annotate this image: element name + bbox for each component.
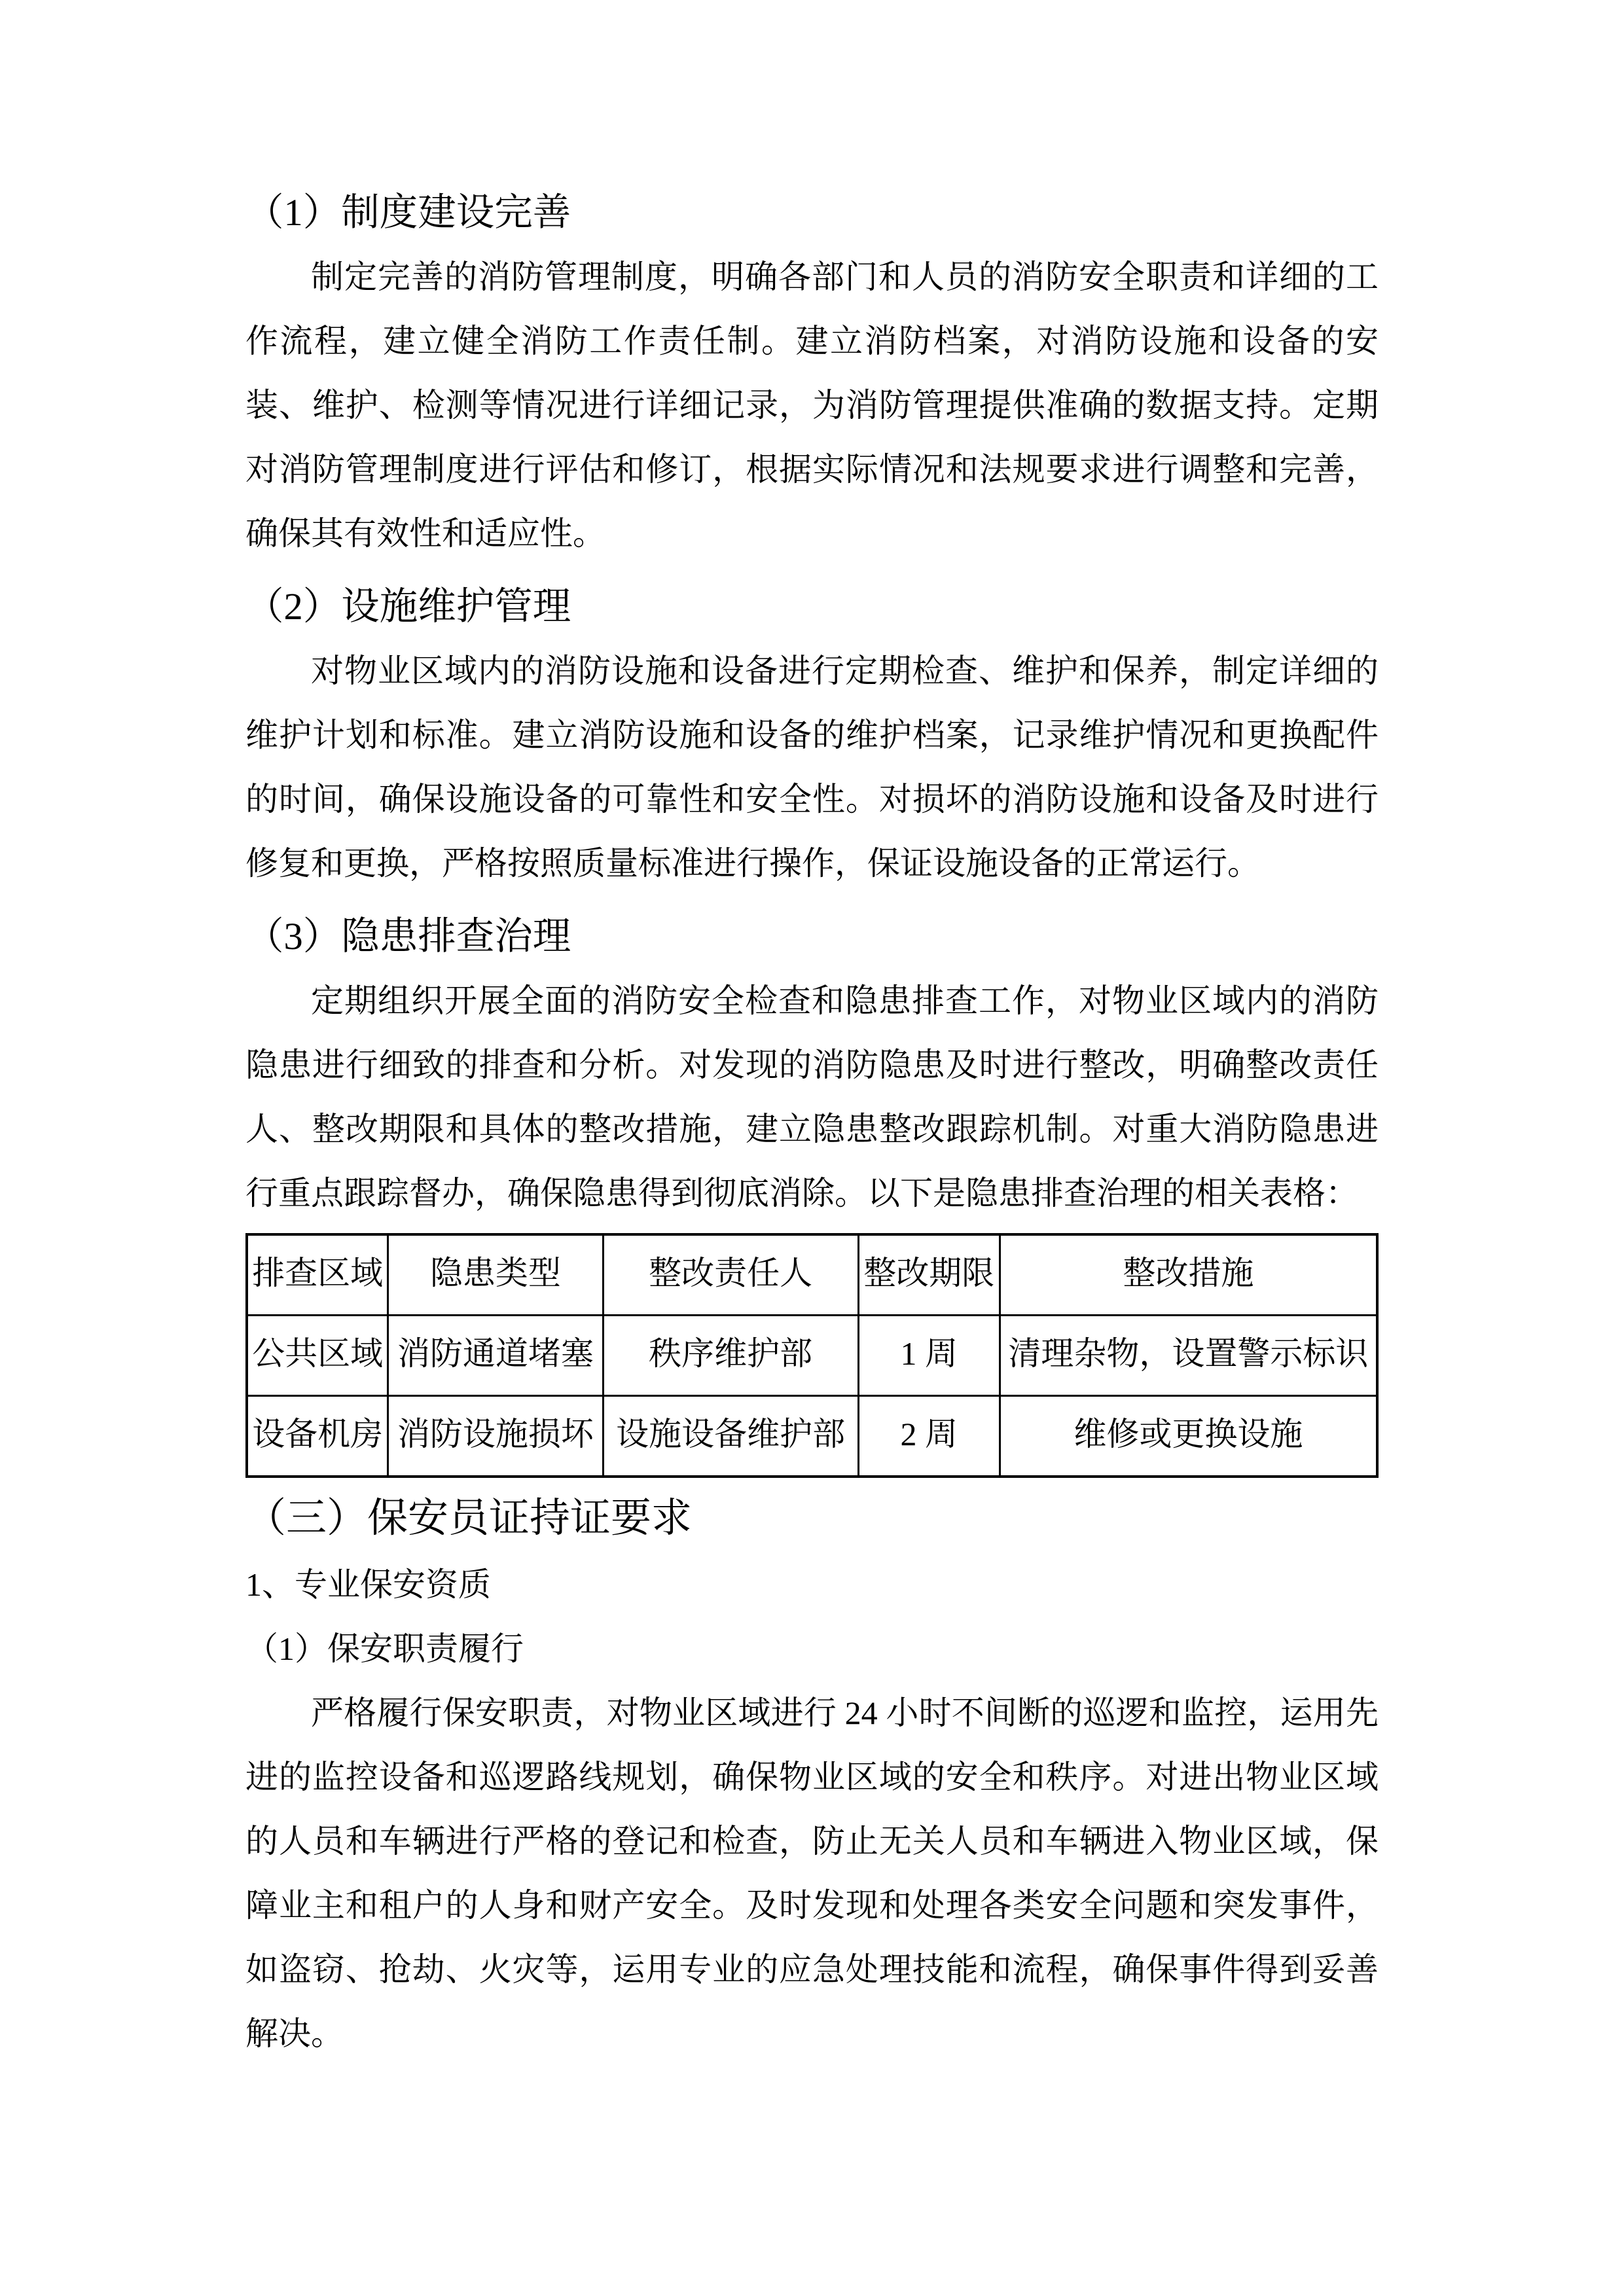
security-duty-paragraph: 严格履行保安职责，对物业区域进行 24 小时不间断的巡逻和监控，运用先进的监控设…	[245, 1681, 1379, 2066]
table-header-hazard-type: 隐患类型	[388, 1234, 603, 1316]
section-system-building: （1）制度建设完善 制定完善的消防管理制度，明确各部门和人员的消防安全职责和详细…	[245, 181, 1379, 565]
table-header-responsible-person: 整改责任人	[603, 1234, 858, 1316]
hazard-rectification-table: 排查区域 隐患类型 整改责任人 整改期限 整改措施 公共区域 消防通道堵塞 秩序…	[245, 1233, 1379, 1478]
table-cell-hazard: 消防通道堵塞	[388, 1316, 603, 1396]
section-security-guard-certification: （三）保安员证持证要求 1、专业保安资质 （1）保安职责履行 严格履行保安职责，…	[245, 1484, 1379, 2066]
table-header-row: 排查区域 隐患类型 整改责任人 整改期限 整改措施	[247, 1234, 1377, 1316]
section-paragraph-1: 制定完善的消防管理制度，明确各部门和人员的消防安全职责和详细的工作流程，建立健全…	[245, 245, 1379, 565]
table-cell-responsible: 秩序维护部	[603, 1316, 858, 1396]
subheading-security-duty: （1）保安职责履行	[245, 1617, 1379, 1681]
table-cell-deadline: 1 周	[858, 1316, 1000, 1396]
section-hazard-inspection: （3）隐患排查治理 定期组织开展全面的消防安全检查和隐患排查工作，对物业区域内的…	[245, 905, 1379, 1225]
section-paragraph-2: 对物业区域内的消防设施和设备进行定期检查、维护和保养，制定详细的维护计划和标准。…	[245, 639, 1379, 895]
table-header-deadline: 整改期限	[858, 1234, 1000, 1316]
section-heading-1: （1）制度建设完善	[245, 181, 1379, 245]
section-heading-3: （3）隐患排查治理	[245, 905, 1379, 969]
table-header-inspection-area: 排查区域	[247, 1234, 388, 1316]
section-heading-2: （2）设施维护管理	[245, 575, 1379, 639]
table-row: 设备机房 消防设施损坏 设施设备维护部 2 周 维修或更换设施	[247, 1396, 1377, 1477]
table-cell-measures: 清理杂物，设置警示标识	[1000, 1316, 1377, 1396]
table-cell-responsible: 设施设备维护部	[603, 1396, 858, 1477]
table-cell-measures: 维修或更换设施	[1000, 1396, 1377, 1477]
table-cell-area: 公共区域	[247, 1316, 388, 1396]
section-facility-maintenance: （2）设施维护管理 对物业区域内的消防设施和设备进行定期检查、维护和保养，制定详…	[245, 575, 1379, 895]
subheading-professional-qualification: 1、专业保安资质	[245, 1552, 1379, 1617]
section-heading-three: （三）保安员证持证要求	[245, 1484, 1379, 1552]
table-header-measures: 整改措施	[1000, 1234, 1377, 1316]
table-row: 公共区域 消防通道堵塞 秩序维护部 1 周 清理杂物，设置警示标识	[247, 1316, 1377, 1396]
table-cell-area: 设备机房	[247, 1396, 388, 1477]
table-cell-deadline: 2 周	[858, 1396, 1000, 1477]
table-cell-hazard: 消防设施损坏	[388, 1396, 603, 1477]
section-paragraph-3: 定期组织开展全面的消防安全检查和隐患排查工作，对物业区域内的消防隐患进行细致的排…	[245, 969, 1379, 1225]
document-page: （1）制度建设完善 制定完善的消防管理制度，明确各部门和人员的消防安全职责和详细…	[0, 0, 1624, 2296]
